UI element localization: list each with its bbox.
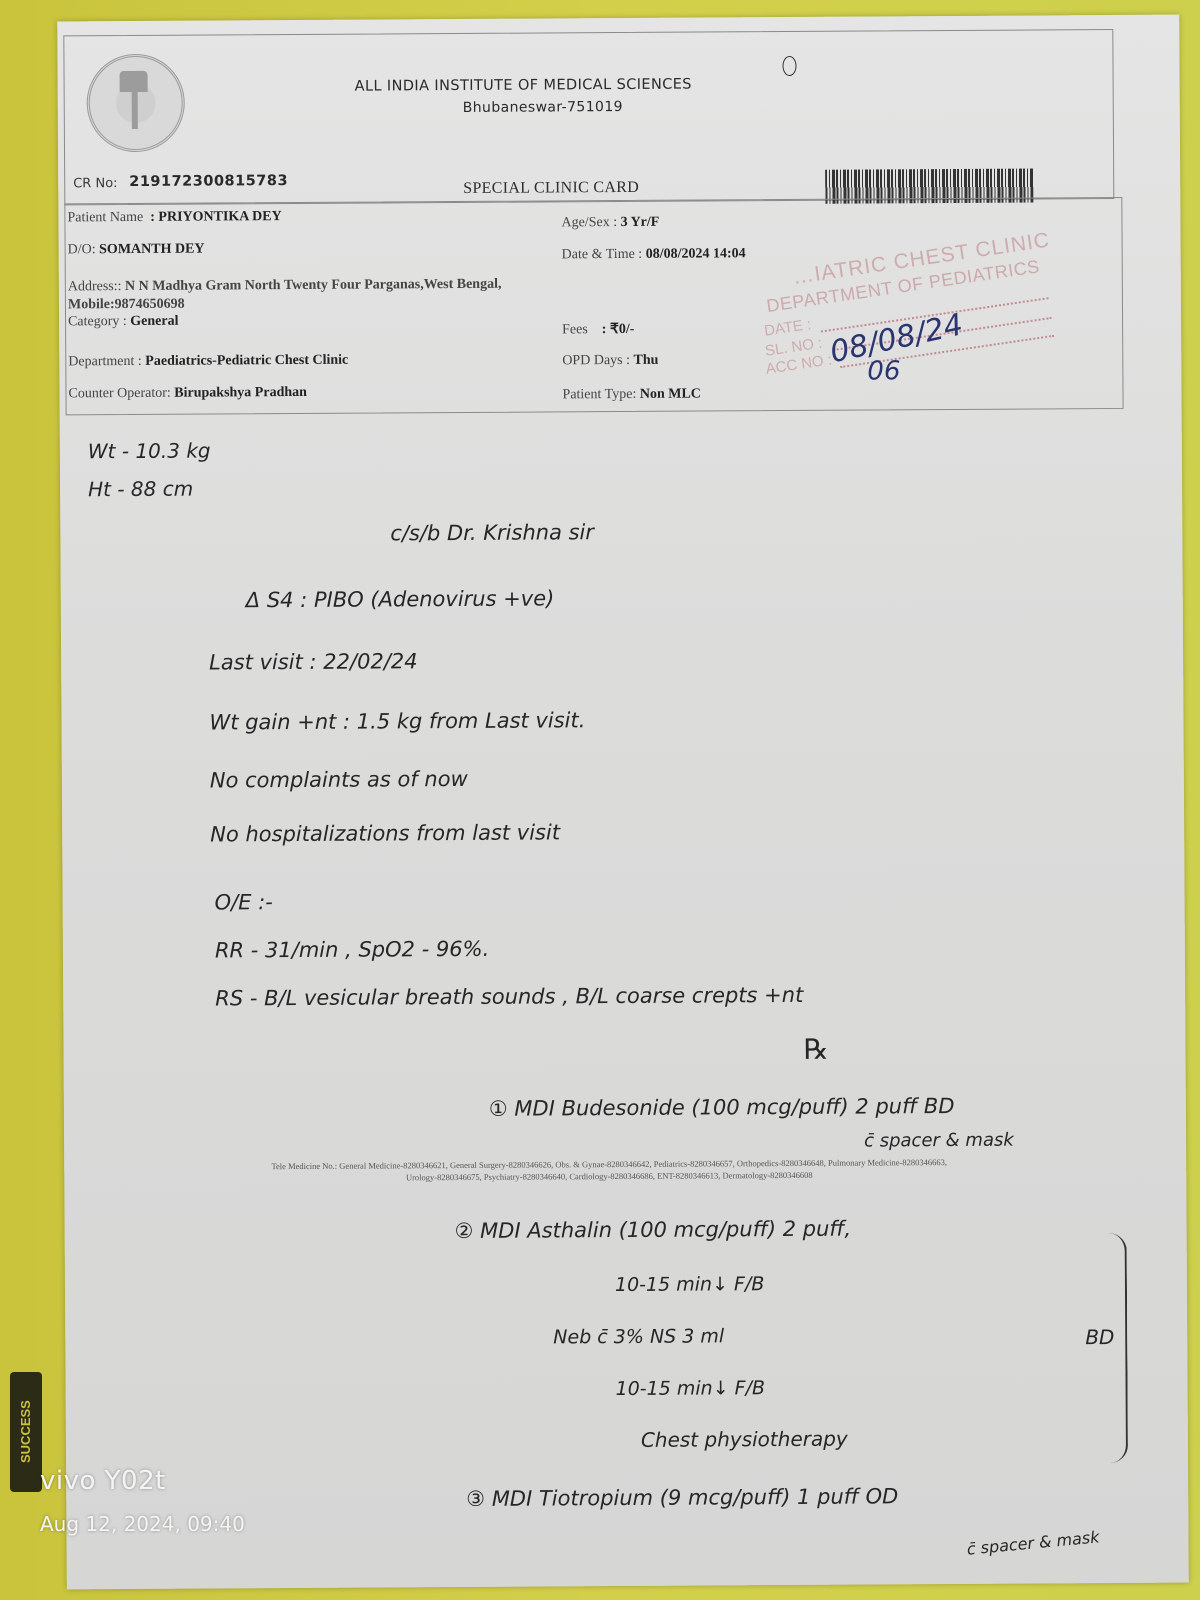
cr-number-label: CR No: [73,176,117,191]
rx-item-3-note: c̄ spacer & mask [966,1527,1100,1558]
stamp-handwritten-sl: 06 [867,356,900,386]
rx-item-2: ② MDI Asthalin (100 mcg/puff) 2 puff, [455,1217,852,1243]
cr-number: 219172300815783 [129,173,288,190]
rx-item-2-step-3: 10-15 min↓ F/B [616,1377,766,1400]
patient-name-field: Patient Name : PRIYONTIKA DEY [67,209,281,226]
opd-days-field: OPD Days : Thu [562,353,658,370]
note-respiratory-system: RS - B/L vesicular breath sounds , B/L c… [215,983,803,1011]
rx-item-3: ③ MDI Tiotropium (9 mcg/puff) 1 puff OD [466,1484,898,1511]
handwritten-circle-mark [782,56,796,76]
fees: : ₹0/- [602,322,635,337]
patient-type: Non MLC [640,387,701,402]
card-title: SPECIAL CLINIC CARD [463,179,639,198]
address: N N Madhya Gram North Twenty Four Pargan… [68,277,502,313]
note-height: Ht - 88 cm [88,477,193,502]
institute-city: Bhubaneswar-751019 [463,99,623,116]
opd-days: Thu [633,353,658,368]
patient-name: : PRIYONTIKA DEY [150,209,282,225]
camera-timestamp-watermark: Aug 12, 2024, 09:40 [40,1512,245,1536]
card-header: ALL INDIA INSTITUTE OF MEDICAL SCIENCES … [63,29,1114,205]
rx-item-2-step-1: 10-15 min↓ F/B [615,1273,765,1296]
institute-name: ALL INDIA INSTITUTE OF MEDICAL SCIENCES [355,77,692,95]
folder-edge-label: SUCCESS [10,1372,42,1492]
note-complaints: No complaints as of now [210,767,468,793]
note-weight: Wt - 10.3 kg [88,439,211,464]
address-field: Address:: N N Madhya Gram North Twenty F… [68,275,588,314]
note-seen-by: c/s/b Dr. Krishna sir [390,520,594,545]
rx-symbol: ℞ [803,1033,828,1066]
telemedicine-footer: Tele Medicine No.: General Medicine-8280… [104,1155,1114,1185]
note-hospitalization: No hospitalizations from last visit [210,820,560,846]
rx-item-2-frequency: BD [1085,1325,1114,1349]
rx-item-1-note: c̄ spacer & mask [864,1130,1014,1152]
department-field: Department : Paediatrics-Pediatric Chest… [68,353,348,371]
datetime-field: Date & Time : 08/08/2024 14:04 [562,246,746,263]
note-weight-gain: Wt gain +nt : 1.5 kg from Last visit. [209,708,585,734]
note-on-examination: O/E :- [215,890,273,914]
relation-field: D/O: SOMANTH DEY [68,242,205,259]
operator-field: Counter Operator: Birupakshya Pradhan [68,385,307,402]
category-field: Category : General [68,314,179,331]
rx-item-1: ① MDI Budesonide (100 mcg/puff) 2 puff B… [489,1094,955,1121]
category: General [130,314,178,329]
age-sex: 3 Yr/F [621,215,660,230]
patient-type-field: Patient Type: Non MLC [562,387,700,404]
rx-item-2-step-2: Neb c̄ 3% NS 3 ml [553,1325,724,1348]
note-last-visit: Last visit : 22/02/24 [209,649,418,674]
note-diagnosis: Δ S4 : PIBO (Adenovirus +ve) [246,586,555,612]
relation-name: SOMANTH DEY [99,242,204,258]
aiims-logo-icon [86,54,185,153]
department: Paediatrics-Pediatric Chest Clinic [145,353,348,369]
camera-model-watermark: vivo Y02t [40,1466,166,1496]
fees-field: Fees : ₹0/- [562,321,634,338]
counter-operator: Birupakshya Pradhan [174,385,307,401]
note-vitals: RR - 31/min , SpO2 - 96%. [215,937,490,963]
visit-datetime: 08/08/2024 14:04 [646,246,746,262]
clinic-card-paper: ALL INDIA INSTITUTE OF MEDICAL SCIENCES … [57,15,1189,1590]
age-sex-field: Age/Sex : 3 Yr/F [561,215,659,232]
rx-item-2-step-4: Chest physiotherapy [641,1427,848,1452]
